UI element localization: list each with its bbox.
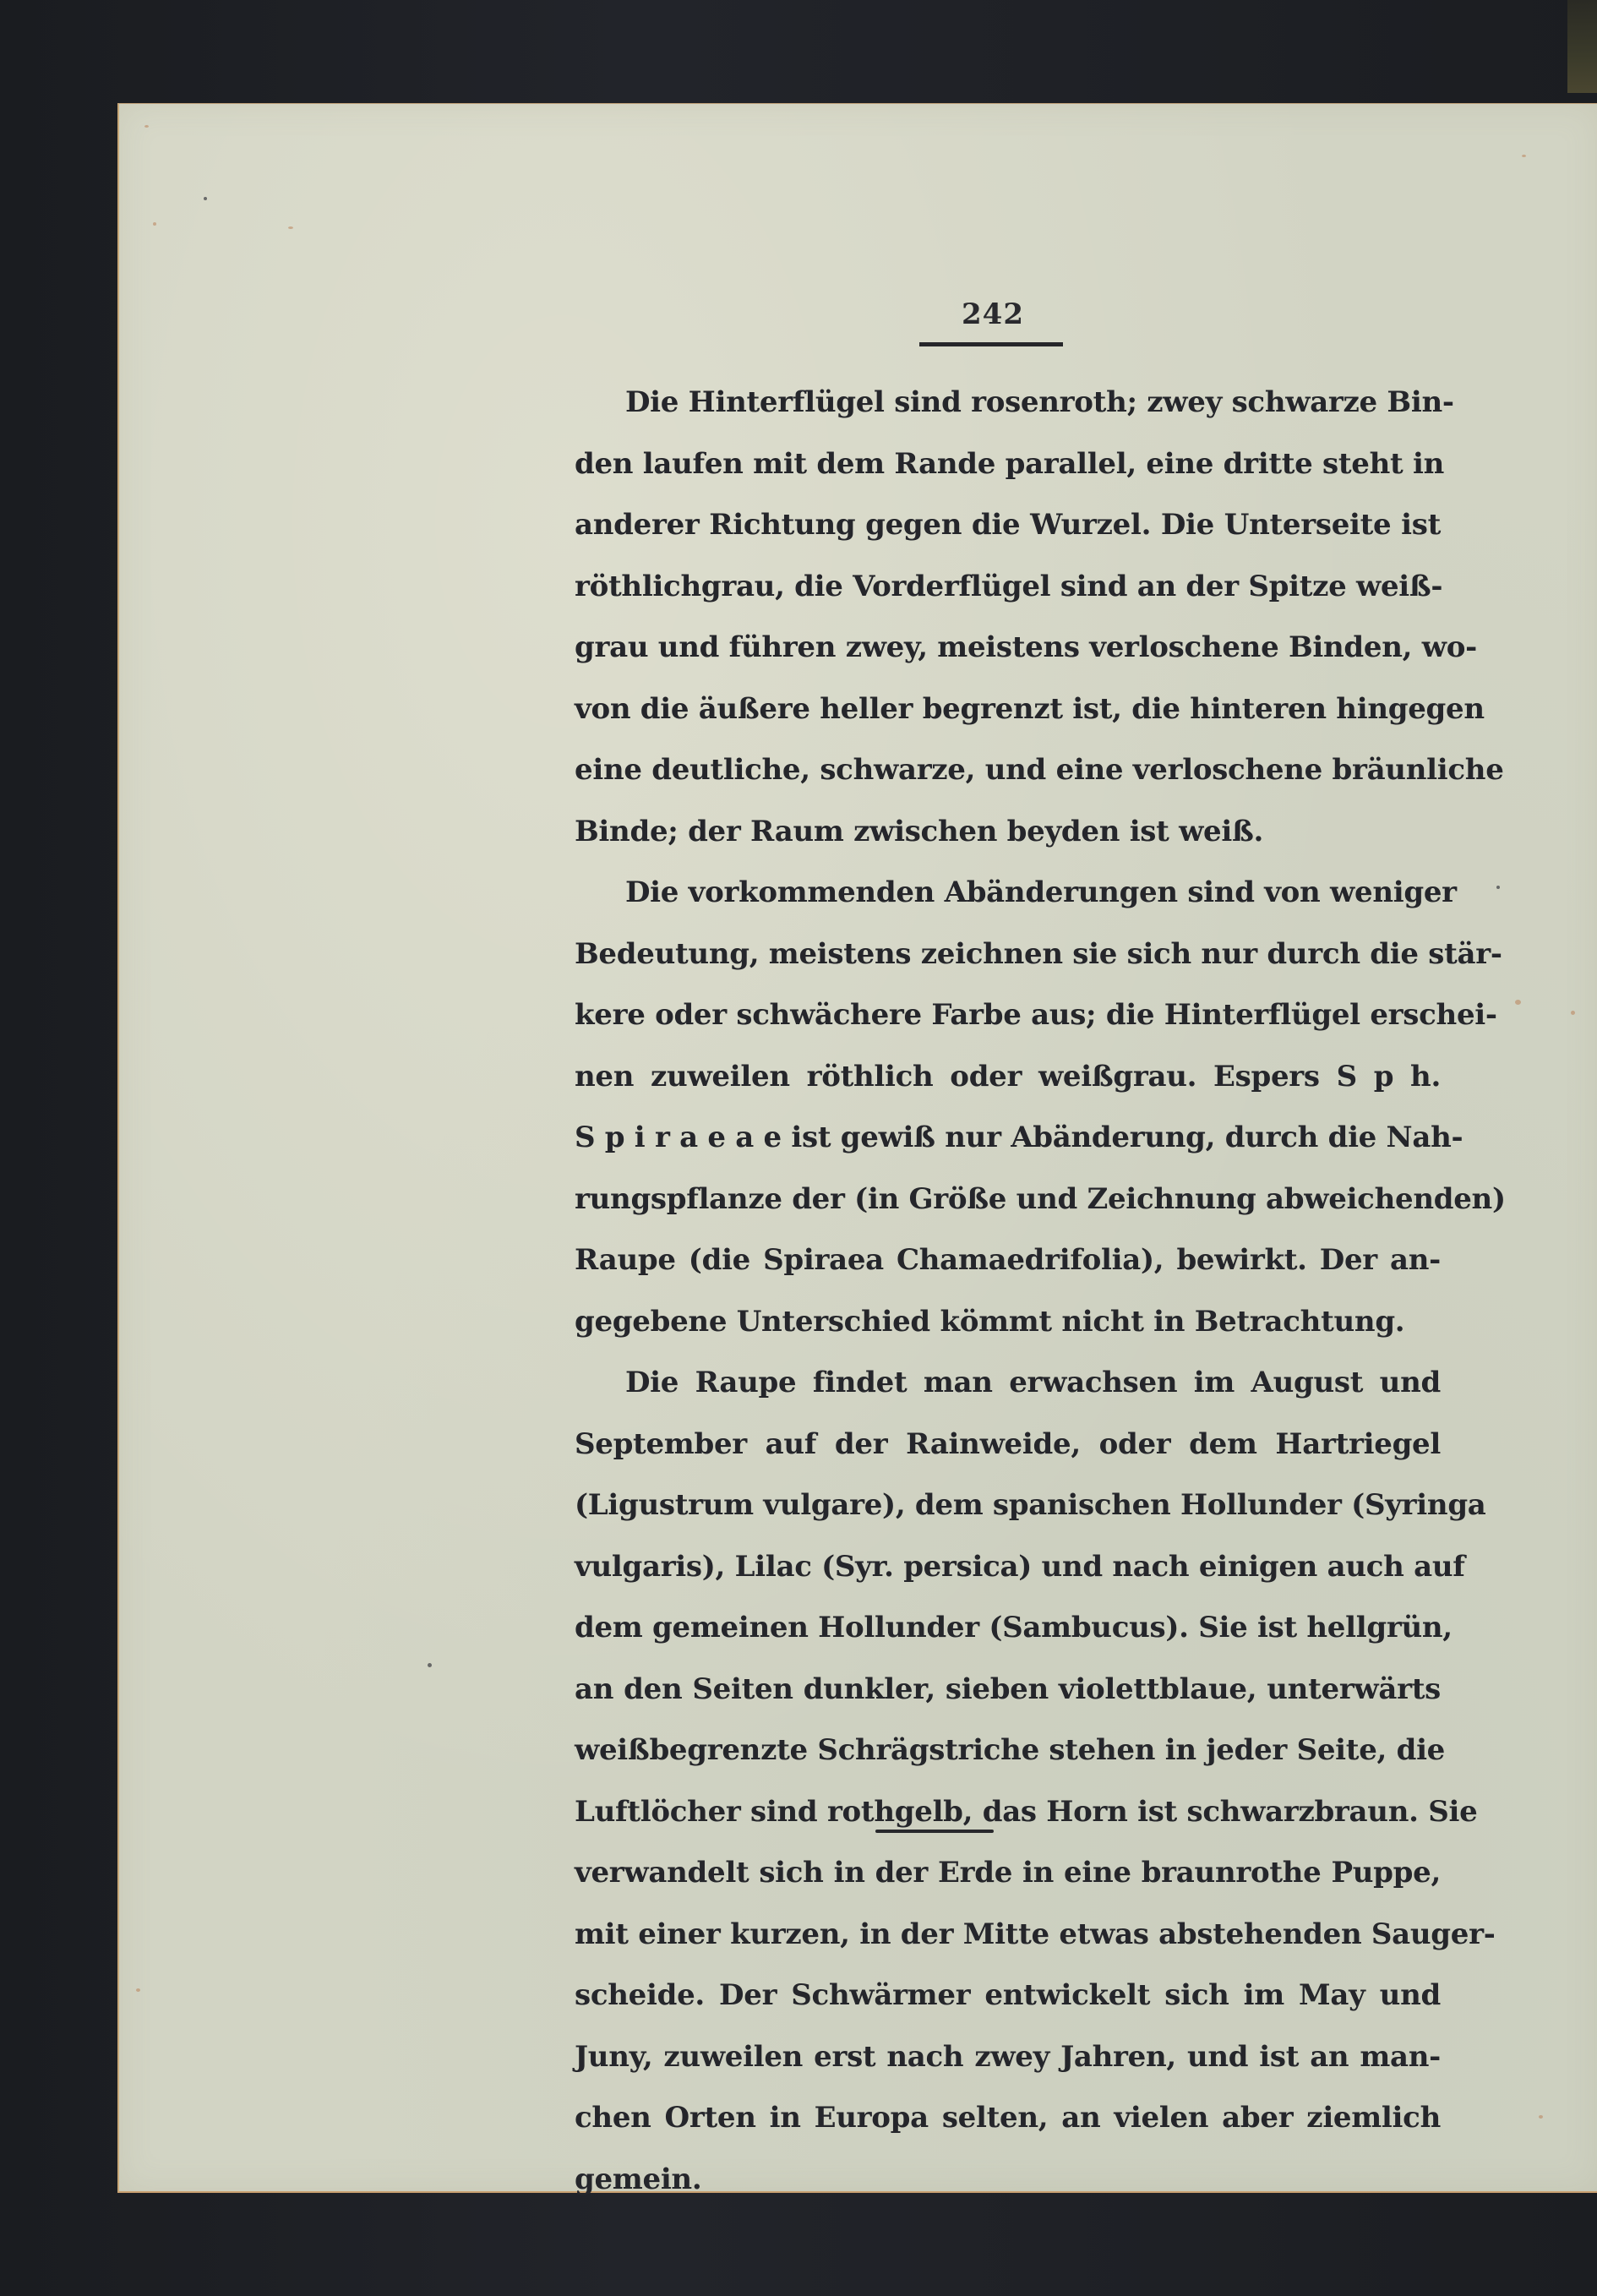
text-line: Die Raupe findet man erwachsen im August… <box>575 1352 1441 1414</box>
text-line: gegebene Unterschied kömmt nicht in Betr… <box>575 1291 1441 1353</box>
text-line: kere oder schwächere Farbe aus; die Hint… <box>575 984 1441 1046</box>
section-end-rule <box>875 1830 994 1833</box>
paragraph-caterpillar: Die Raupe findet man erwachsen im August… <box>575 1352 1441 2210</box>
text-line: anderer Richtung gegen die Wurzel. Die U… <box>575 494 1441 556</box>
text-line: Die Hinterflügel sind rosenroth; zwey sc… <box>575 372 1441 434</box>
text-line: scheide. Der Schwärmer entwickelt sich i… <box>575 1965 1441 2026</box>
text-line: Luftlöcher sind rothgelb, das Horn ist s… <box>575 1781 1441 1843</box>
paper-fleck <box>204 197 207 200</box>
text-line: Raupe (die Spiraea Chamaedrifolia), bewi… <box>575 1230 1441 1291</box>
text-line: Bedeutung, meistens zeichnen sie sich nu… <box>575 924 1441 985</box>
paper-fleck <box>1539 2115 1543 2119</box>
text-line: gemein. <box>575 2149 1441 2211</box>
text-line: Juny, zuweilen erst nach zwey Jahren, un… <box>575 2026 1441 2088</box>
paper-fleck <box>1515 1000 1521 1005</box>
text-line: weißbegrenzte Schrägstriche stehen in je… <box>575 1720 1441 1781</box>
text-line: Die vorkommenden Abänderungen sind von w… <box>575 862 1441 924</box>
text-line: nen zuweilen röthlich oder weißgrau. Esp… <box>575 1046 1441 1108</box>
text-line: den laufen mit dem Rande parallel, eine … <box>575 434 1441 495</box>
text-line: Binde; der Raum zwischen beyden ist weiß… <box>575 801 1441 863</box>
scan-corner-artifact <box>1567 0 1597 93</box>
text-line: grau und führen zwey, meistens verlosche… <box>575 617 1441 679</box>
text-line: an den Seiten dunkler, sieben violettbla… <box>575 1659 1441 1721</box>
text-line: verwandelt sich in der Erde in eine brau… <box>575 1842 1441 1904</box>
paper-fleck <box>1496 886 1500 889</box>
text-line: (Ligustrum vulgare), dem spanischen Holl… <box>575 1475 1441 1536</box>
text-line: röthlichgrau, die Vorderflügel sind an d… <box>575 556 1441 618</box>
text-line: chen Orten in Europa selten, an vielen a… <box>575 2087 1441 2149</box>
paper-fleck <box>428 1663 432 1667</box>
paper-fleck <box>1522 155 1526 157</box>
text-line: mit einer kurzen, in der Mitte etwas abs… <box>575 1904 1441 1966</box>
paper-fleck <box>153 222 156 226</box>
text-line: S p i r a e a e ist gewiß nur Abänderung… <box>575 1107 1441 1169</box>
body-text: Die Hinterflügel sind rosenroth; zwey sc… <box>575 372 1441 2210</box>
text-line: dem gemeinen Hollunder (Sambucus). Sie i… <box>575 1597 1441 1659</box>
text-line: eine deutliche, schwarze, und eine verlo… <box>575 739 1441 801</box>
paragraph-variations: Die vorkommenden Abänderungen sind von w… <box>575 862 1441 1352</box>
paper-fleck <box>144 125 149 128</box>
paper-fleck <box>288 226 293 229</box>
text-line: vulgaris), Lilac (Syr. persica) und nach… <box>575 1536 1441 1598</box>
paragraph-wing-description: Die Hinterflügel sind rosenroth; zwey sc… <box>575 372 1441 862</box>
text-line: von die äußere heller begrenzt ist, die … <box>575 679 1441 740</box>
page-number: 242 <box>962 297 1024 331</box>
paper-fleck <box>1571 1011 1575 1015</box>
paper-fleck <box>136 1988 140 1992</box>
text-line: September auf der Rainweide, oder dem Ha… <box>575 1414 1441 1475</box>
header-rule <box>919 342 1063 346</box>
text-line: rungspflanze der (in Größe und Zeichnung… <box>575 1169 1441 1230</box>
